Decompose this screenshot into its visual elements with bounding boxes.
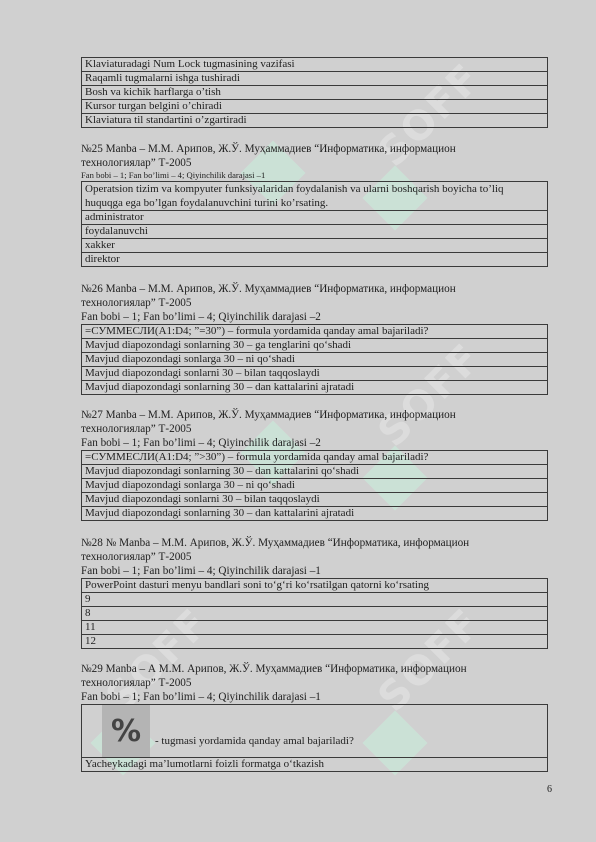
answer-cell: Mavjud diapozondagi sonlarning 30 – dan … [82, 381, 548, 395]
question-meta: Fan bobi – 1; Fan bo’limi – 4; Qiyinchil… [81, 170, 548, 181]
table-row: administrator [82, 211, 548, 225]
question-cell: =СУММЕСЛИ(A1:D4; ”=30”) – formula yordam… [82, 325, 548, 339]
table-row: % - tugmasi yordamida qanday amal bajari… [82, 705, 548, 758]
answer-cell: 11 [82, 621, 548, 635]
answer-cell: foydalanuvchi [82, 225, 548, 239]
table-row: Mavjud diapozondagi sonlarni 30 – bilan … [82, 493, 548, 507]
table-row: Operatsion tizim va kompyuter funksiyala… [82, 182, 548, 211]
source-line: технологиялар” Т-2005 [81, 296, 548, 310]
answer-cell: Bosh va kichik harflarga o’tish [82, 86, 548, 100]
answer-table: Operatsion tizim va kompyuter funksiyala… [81, 181, 548, 267]
answer-cell: 8 [82, 607, 548, 621]
answer-cell: direktor [82, 253, 548, 267]
answer-cell: 9 [82, 593, 548, 607]
answer-cell: Mavjud diapozondagi sonlarni 30 – bilan … [82, 367, 548, 381]
question-cell: PowerPoint dasturi menyu bandlari soni t… [82, 579, 548, 593]
question-28-block: №28 № Manba – М.М. Арипов, Ж.Ў. Муҳаммад… [81, 536, 548, 649]
question-text: - tugmasi yordamida qanday amal bajarila… [155, 735, 354, 748]
source-line: №25 Manba – М.М. Арипов, Ж.Ў. Муҳаммадие… [81, 142, 548, 156]
source-line: технологиялар” Т-2005 [81, 550, 548, 564]
answer-cell: Yacheykadagi ma’lumotlarni foizli format… [82, 758, 548, 772]
answer-cell: administrator [82, 211, 548, 225]
source-line: технологиялар” Т-2005 [81, 422, 548, 436]
source-line: №26 Manba – М.М. Арипов, Ж.Ў. Муҳаммадие… [81, 282, 548, 296]
question-27-block: №27 Manba – М.М. Арипов, Ж.Ў. Муҳаммадие… [81, 408, 548, 521]
question-29-block: №29 Manba – А М.М. Арипов, Ж.Ў. Муҳаммад… [81, 662, 548, 772]
answer-table: =СУММЕСЛИ(A1:D4; ”>30”) – formula yordam… [81, 450, 548, 521]
table-row: Kursor turgan belgini o’chiradi [82, 100, 548, 114]
answer-table: Klaviaturadagi Num Lock tugmasining vazi… [81, 57, 548, 128]
table-row: Mavjud diapozondagi sonlarning 30 – dan … [82, 381, 548, 395]
question-26-block: №26 Manba – М.М. Арипов, Ж.Ў. Муҳаммадие… [81, 282, 548, 395]
answer-cell: Raqamli tugmalarni ishga tushiradi [82, 72, 548, 86]
question-cell: % - tugmasi yordamida qanday amal bajari… [82, 705, 548, 758]
page-number: 6 [547, 784, 552, 795]
answer-cell: Klaviatura til standartini o’zgartiradi [82, 114, 548, 128]
table-row: direktor [82, 253, 548, 267]
answer-cell: 12 [82, 635, 548, 649]
table-row: Klaviatura til standartini o’zgartiradi [82, 114, 548, 128]
table-row: Mavjud diapozondagi sonlarni 30 – bilan … [82, 367, 548, 381]
table-row: Klaviaturadagi Num Lock tugmasining vazi… [82, 58, 548, 72]
table-row: =СУММЕСЛИ(A1:D4; ”>30”) – formula yordam… [82, 451, 548, 465]
question-meta: Fan bobi – 1; Fan bo’limi – 4; Qiyinchil… [81, 564, 548, 578]
answer-table: PowerPoint dasturi menyu bandlari soni t… [81, 578, 548, 649]
source-line: технологиялар” Т-2005 [81, 676, 548, 690]
table-row: Bosh va kichik harflarga o’tish [82, 86, 548, 100]
answer-table: =СУММЕСЛИ(A1:D4; ”=30”) – formula yordam… [81, 324, 548, 395]
question-cell: Operatsion tizim va kompyuter funksiyala… [82, 182, 548, 211]
table-row: xakker [82, 239, 548, 253]
answer-cell: Mavjud diapozondagi sonlarga 30 – ni qo‘… [82, 353, 548, 367]
question-cell: Klaviaturadagi Num Lock tugmasining vazi… [82, 58, 548, 72]
table-row: Mavjud diapozondagi sonlarga 30 – ni qo‘… [82, 479, 548, 493]
answer-cell: Kursor turgan belgini o’chiradi [82, 100, 548, 114]
answer-cell: Mavjud diapozondagi sonlarning 30 – dan … [82, 465, 548, 479]
table-row: Mavjud diapozondagi sonlarning 30 – ga t… [82, 339, 548, 353]
answer-cell: Mavjud diapozondagi sonlarni 30 – bilan … [82, 493, 548, 507]
table-row: Mavjud diapozondagi sonlarning 30 – dan … [82, 465, 548, 479]
question-24-block: Klaviaturadagi Num Lock tugmasining vazi… [81, 57, 548, 128]
source-line: технологиялар” Т-2005 [81, 156, 548, 170]
table-row: Raqamli tugmalarni ishga tushiradi [82, 72, 548, 86]
answer-cell: Mavjud diapozondagi sonlarga 30 – ni qo‘… [82, 479, 548, 493]
table-row: =СУММЕСЛИ(A1:D4; ”=30”) – formula yordam… [82, 325, 548, 339]
table-row: Yacheykadagi ma’lumotlarni foizli format… [82, 758, 548, 772]
table-row: 11 [82, 621, 548, 635]
question-cell: =СУММЕСЛИ(A1:D4; ”>30”) – formula yordam… [82, 451, 548, 465]
table-row: PowerPoint dasturi menyu bandlari soni t… [82, 579, 548, 593]
question-meta: Fan bobi – 1; Fan bo’limi – 4; Qiyinchil… [81, 436, 548, 450]
source-line: №27 Manba – М.М. Арипов, Ж.Ў. Муҳаммадие… [81, 408, 548, 422]
question-meta: Fan bobi – 1; Fan bo’limi – 4; Qiyinchil… [81, 310, 548, 324]
answer-cell: Mavjud diapozondagi sonlarning 30 – dan … [82, 507, 548, 521]
table-row: Mavjud diapozondagi sonlarning 30 – dan … [82, 507, 548, 521]
question-25-block: №25 Manba – М.М. Арипов, Ж.Ў. Муҳаммадие… [81, 142, 548, 267]
question-meta: Fan bobi – 1; Fan bo’limi – 4; Qiyinchil… [81, 690, 548, 704]
table-row: Mavjud diapozondagi sonlarga 30 – ni qo‘… [82, 353, 548, 367]
table-row: foydalanuvchi [82, 225, 548, 239]
percent-icon: % [102, 705, 150, 757]
answer-cell: Mavjud diapozondagi sonlarning 30 – ga t… [82, 339, 548, 353]
source-line: №28 № Manba – М.М. Арипов, Ж.Ў. Муҳаммад… [81, 536, 548, 550]
answer-cell: xakker [82, 239, 548, 253]
source-line: №29 Manba – А М.М. Арипов, Ж.Ў. Муҳаммад… [81, 662, 548, 676]
table-row: 9 [82, 593, 548, 607]
table-row: 8 [82, 607, 548, 621]
document-page: SOFF SOFF SOFF SOFF Klaviaturadagi Num L… [0, 0, 596, 842]
answer-table: % - tugmasi yordamida qanday amal bajari… [81, 704, 548, 772]
table-row: 12 [82, 635, 548, 649]
